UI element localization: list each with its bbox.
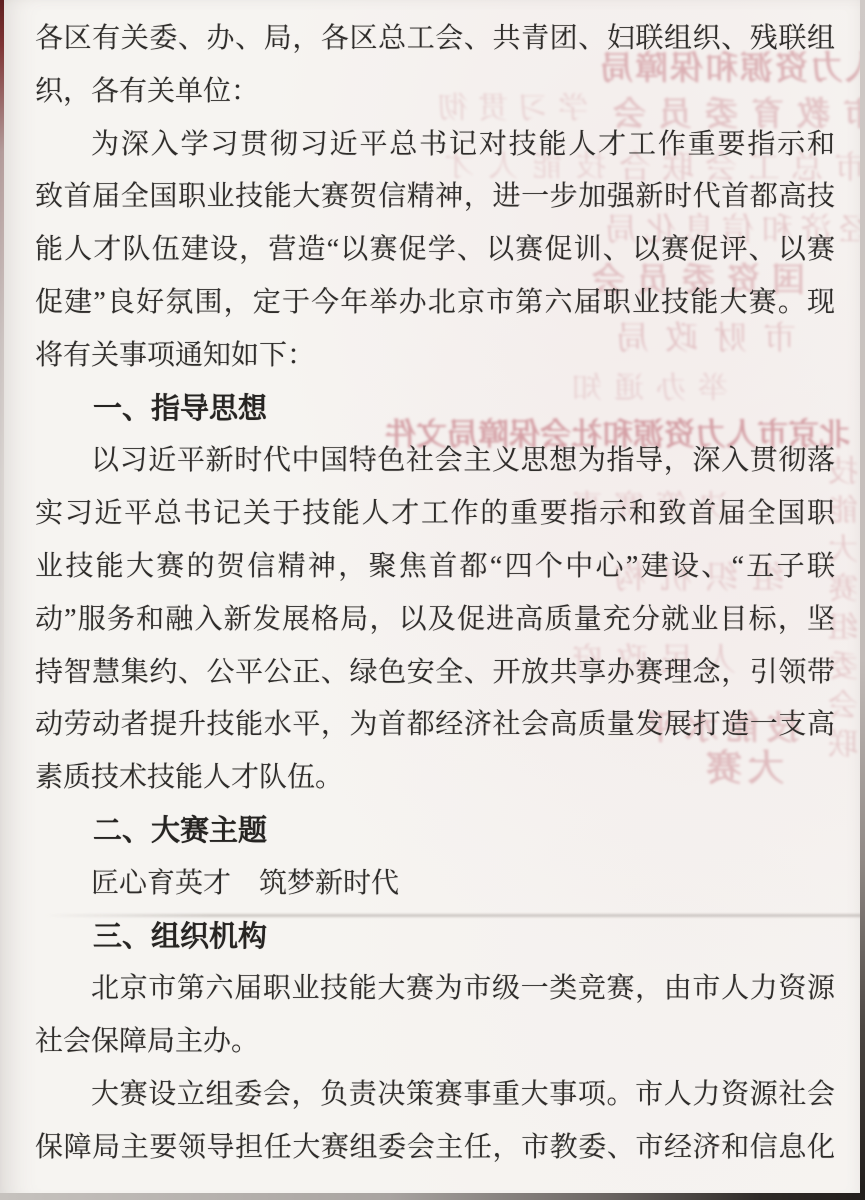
text-line: 大赛设立组委会，负责决策赛事重大事项。市人力资源社会 [35, 1069, 835, 1122]
text-line: 实习近平总书记关于技能人才工作的重要指示和致首届全国职 [35, 488, 835, 541]
left-scan-edge [0, 0, 4, 760]
text-line: 持智慧集约、公平公正、绿色安全、开放共享办赛理念，引领带 [35, 647, 835, 700]
text-line: 促建”良好氛围，定于今年举办北京市第六届职业技能大赛。现 [35, 277, 835, 330]
text-line: 动劳动者提升技能水平，为首都经济社会高质量发展打造一支高 [35, 699, 835, 752]
text-line: 各区有关委、办、局，各区总工会、共青团、妇联组织、残联组 [35, 13, 835, 66]
text-line: 业技能大赛的贺信精神，聚焦首都“四个中心”建设、“五子联 [35, 541, 835, 594]
text-line: 保障局主要领导担任大赛组委会主任，市教委、市经济和信息化 [35, 1122, 835, 1175]
text-line: 为深入学习贯彻习近平总书记对技能人才工作重要指示和 [35, 119, 835, 172]
text-line: 素质技术技能人才队伍。 [35, 752, 835, 805]
text-line: 社会保障局主办。 [35, 1016, 835, 1069]
text-line: 匠心育英才 筑梦新时代 [35, 858, 835, 911]
text-line: 将有关事项通知如下： [35, 330, 835, 383]
notice-body: 各区有关委、办、局，各区总工会、共青团、妇联组织、残联组织，各有关单位：为深入学… [35, 13, 835, 1175]
text-line: 织，各有关单位： [35, 66, 835, 119]
right-scan-edge [860, 0, 865, 1200]
text-line: 致首届全国职业技能大赛贺信精神，进一步加强新时代首都高技 [35, 171, 835, 224]
section-heading: 三、组织机构 [35, 911, 835, 964]
scanned-notice-page: 人力资源和保障局市教育委员会学习贯彻市总工会联合技能人才经济和信息化局国资委员会… [0, 0, 865, 1200]
section-heading: 二、大赛主题 [35, 805, 835, 858]
text-line: 动”服务和融入新发展格局，以及促进高质量充分就业目标，坚 [35, 594, 835, 647]
text-line: 能人才队伍建设，营造“以赛促学、以赛促训、以赛促评、以赛 [35, 224, 835, 277]
bottom-scan-edge [0, 1193, 865, 1200]
section-heading: 一、指导思想 [35, 383, 835, 436]
text-line: 北京市第六届职业技能大赛为市级一类竞赛，由市人力资源 [35, 963, 835, 1016]
text-line: 以习近平新时代中国特色社会主义思想为指导，深入贯彻落 [35, 435, 835, 488]
